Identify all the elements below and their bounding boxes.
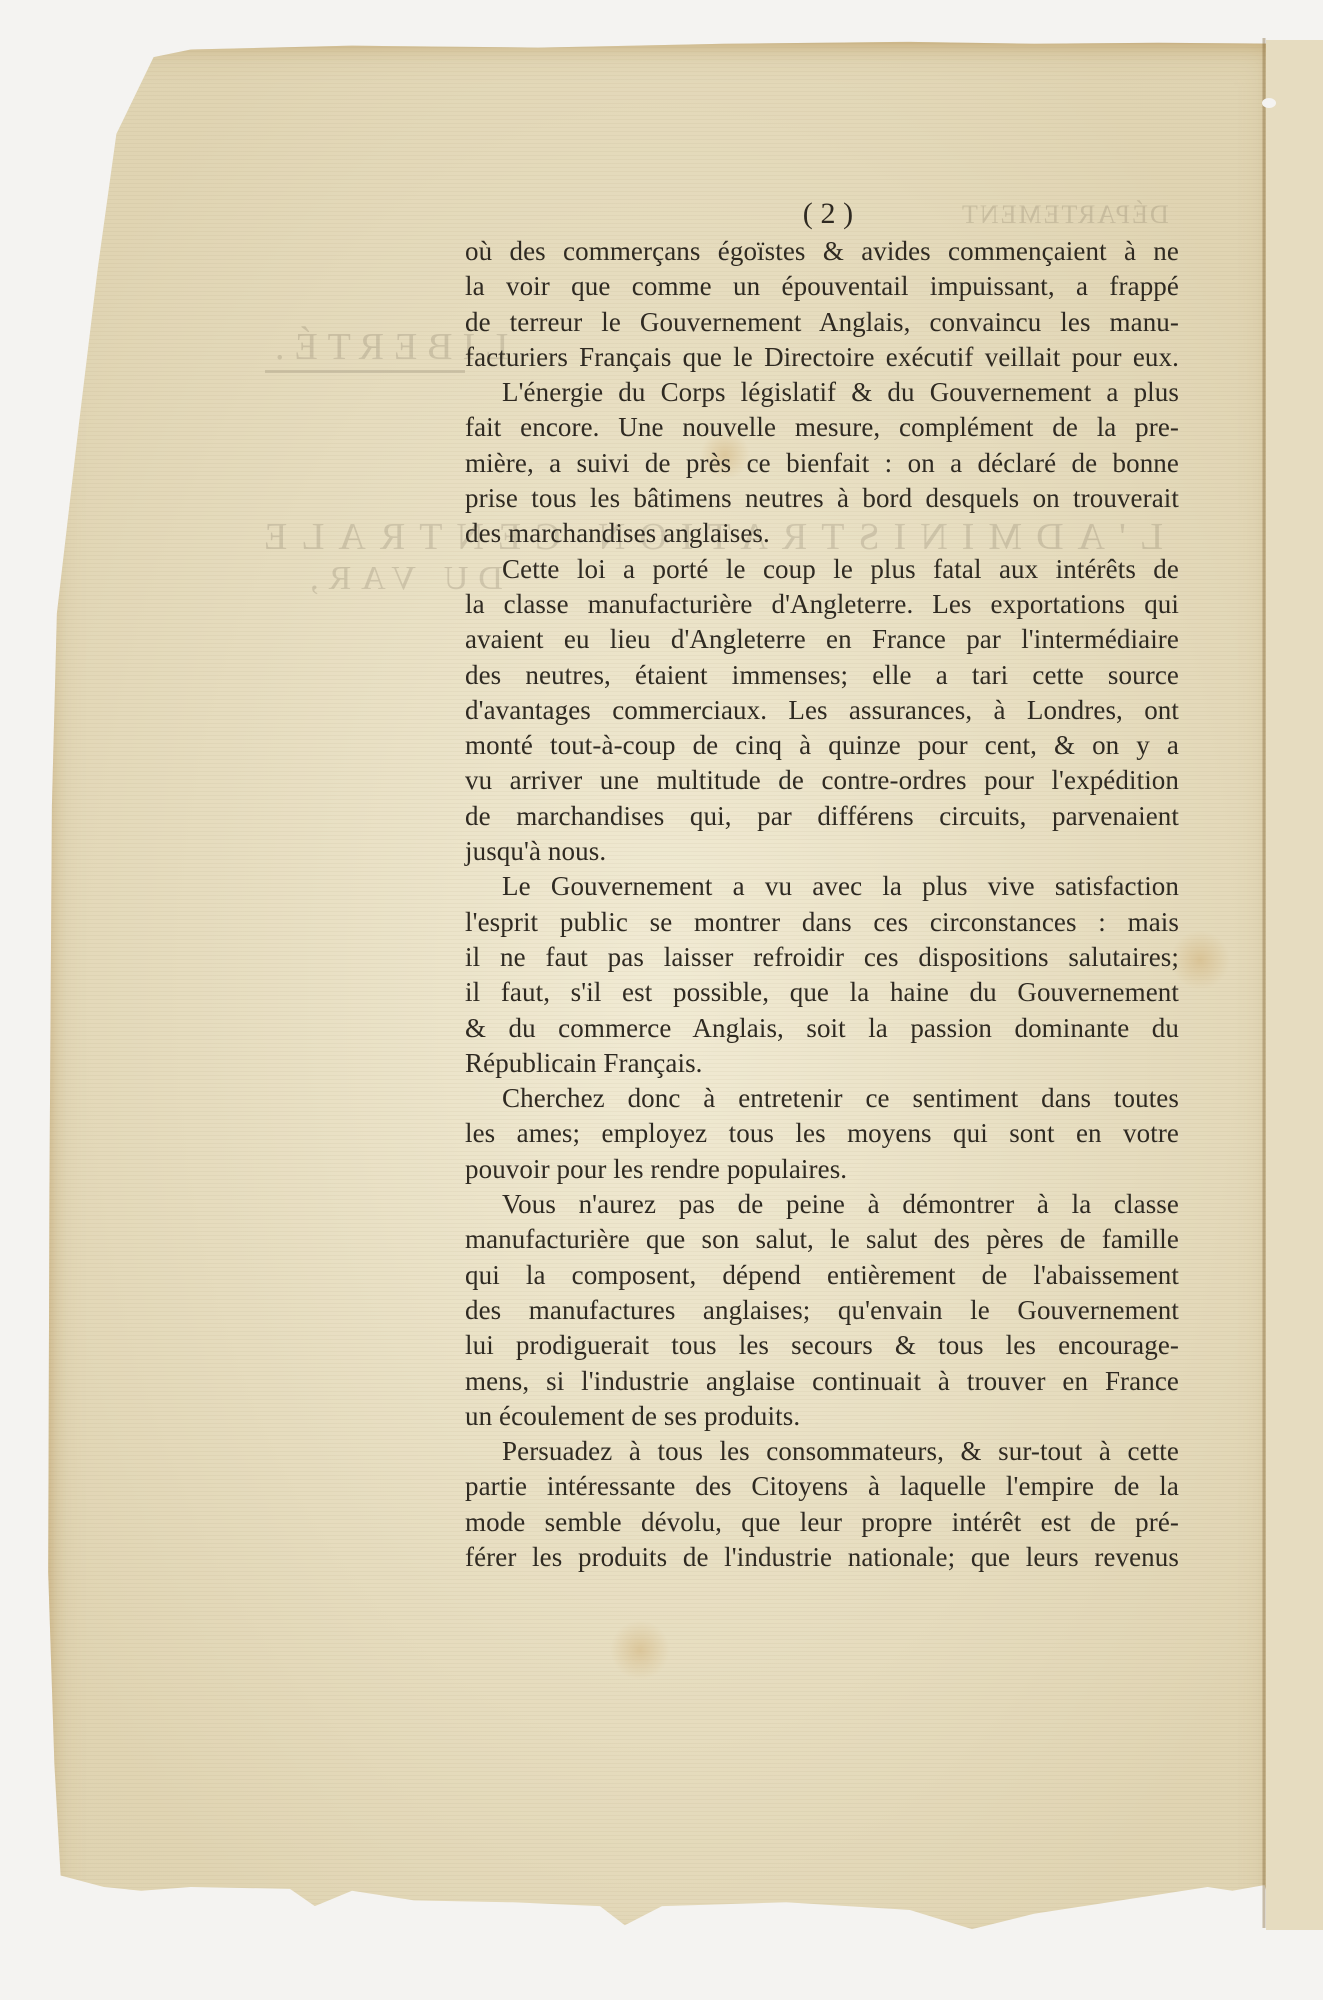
page-number: ( 2 )	[465, 196, 1179, 232]
text-line: pouvoir pour les rendre populaires.	[465, 1152, 1179, 1187]
text-line: monté tout-à-coup de cinq à quinze pour …	[465, 728, 1179, 763]
text-line: mode semble dévolu, que leur propre inté…	[465, 1505, 1179, 1540]
text-line: où des commerçans égoïstes & avides comm…	[465, 234, 1179, 269]
text-line: partie intéressante des Citoyens à laque…	[465, 1469, 1179, 1504]
text-line: la voir que comme un épouventail impuiss…	[465, 269, 1179, 304]
text-line: qui la composent, dépend entièrement de …	[465, 1258, 1179, 1293]
text-line: L'énergie du Corps législatif & du Gouve…	[465, 375, 1179, 410]
text-line: & du commerce Anglais, soit la passion d…	[465, 1011, 1179, 1046]
text-line: d'avantages commerciaux. Les assurances,…	[465, 693, 1179, 728]
text-line: il faut, s'il est possible, que la haine…	[465, 975, 1179, 1010]
text-line: vu arriver une multitude de contre-ordre…	[465, 763, 1179, 798]
text-line: prise tous les bâtimens neutres à bord d…	[465, 481, 1179, 516]
text-line: des marchandises anglaises.	[465, 516, 1179, 551]
text-line: manufacturière que son salut, le salut d…	[465, 1222, 1179, 1257]
text-line: un écoulement de ses produits.	[465, 1399, 1179, 1434]
adjacent-page-edge	[1266, 40, 1323, 1930]
text-line: Cherchez donc à entretenir ce sentiment …	[465, 1081, 1179, 1116]
text-line: facturiers Français que le Directoire ex…	[465, 340, 1179, 375]
text-line: il ne faut pas laisser refroidir ces dis…	[465, 940, 1179, 975]
bleed-through-rule	[265, 370, 465, 373]
text-line: jusqu'à nous.	[465, 834, 1179, 869]
text-line: l'esprit public se montrer dans ces circ…	[465, 905, 1179, 940]
text-line: la classe manufacturière d'Angleterre. L…	[465, 587, 1179, 622]
page-fold-line	[1262, 38, 1266, 1928]
text-line: Cette loi a porté le coup le plus fatal …	[465, 552, 1179, 587]
text-line: des manufactures anglaises; qu'envain le…	[465, 1293, 1179, 1328]
text-line: lui prodiguerait tous les secours & tous…	[465, 1328, 1179, 1363]
text-line: les ames; employez tous les moyens qui s…	[465, 1116, 1179, 1151]
text-line: Le Gouvernement a vu avec la plus vive s…	[465, 869, 1179, 904]
text-line: férer les produits de l'industrie nation…	[465, 1540, 1179, 1575]
text-line: de terreur le Gouvernement Anglais, conv…	[465, 305, 1179, 340]
text-line: fait encore. Une nouvelle mesure, complé…	[465, 410, 1179, 445]
text-line: Républicain Français.	[465, 1046, 1179, 1081]
document-body: ( 2 ) où des commerçans égoïstes & avide…	[465, 196, 1179, 1575]
text-line: mière, a suivi de près ce bienfait : on …	[465, 446, 1179, 481]
text-line: de marchandises qui, par différens circu…	[465, 799, 1179, 834]
text-line: des neutres, étaient immenses; elle a ta…	[465, 658, 1179, 693]
text-line: Persuadez à tous les consommateurs, & su…	[465, 1434, 1179, 1469]
paper-hole	[1262, 98, 1276, 108]
text-line: avaient eu lieu d'Angleterre en France p…	[465, 622, 1179, 657]
text-line: Vous n'aurez pas de peine à démontrer à …	[465, 1187, 1179, 1222]
text-line: mens, si l'industrie anglaise continuait…	[465, 1364, 1179, 1399]
